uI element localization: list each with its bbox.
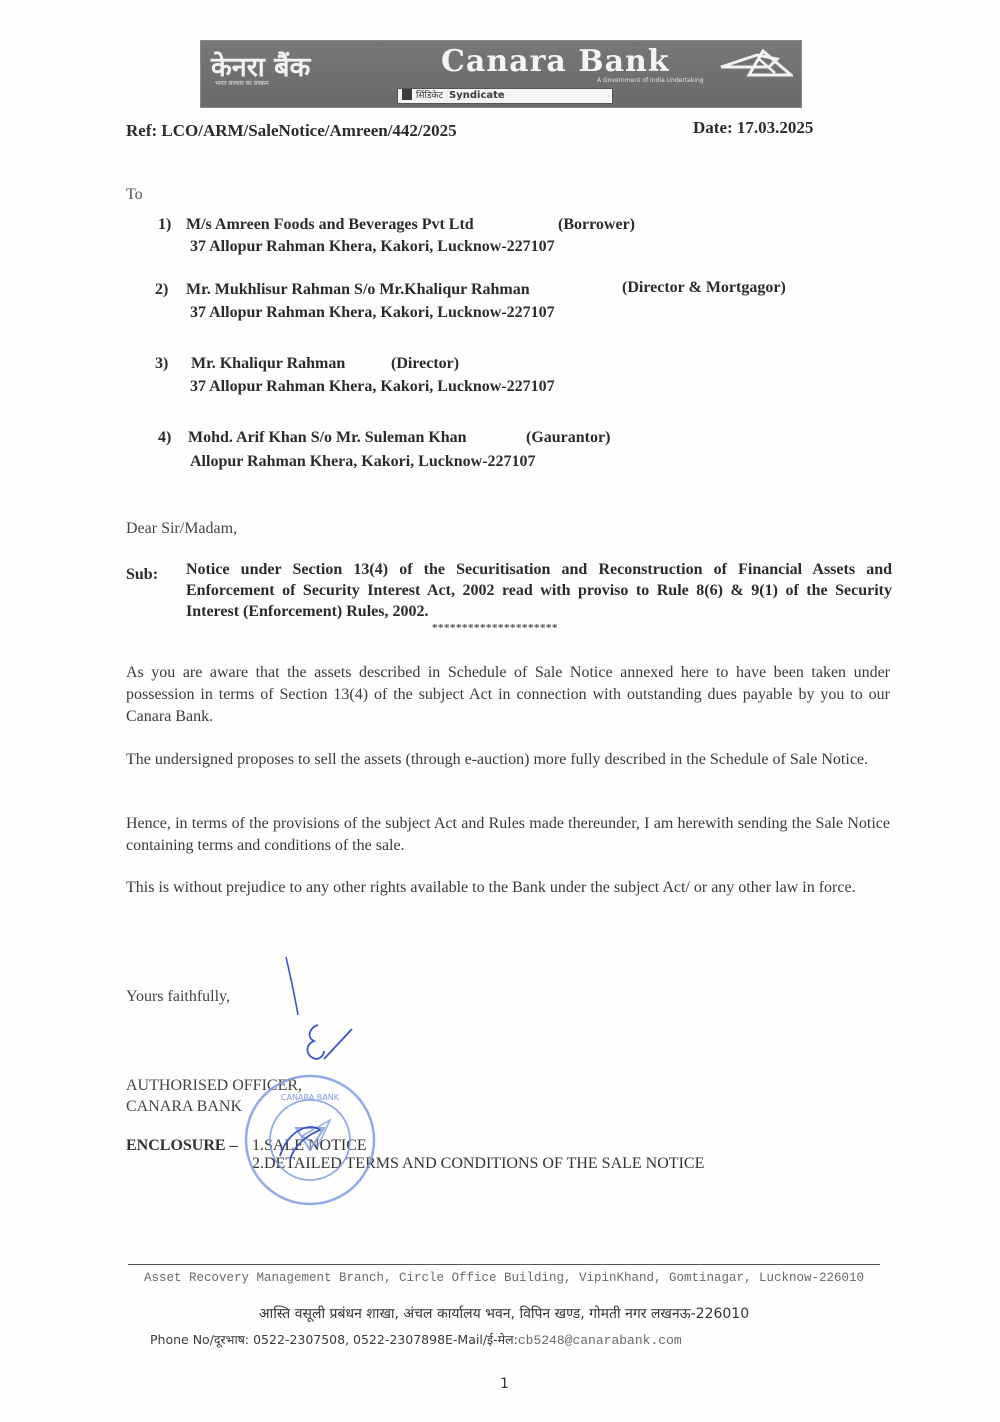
letter-date: Date: 17.03.2025 [693,118,813,138]
reference-number: Ref: LCO/ARM/SaleNotice/Amreen/442/2025 [126,121,457,141]
recipient-address: 37 Allopur Rahman Khera, Kakori, Lucknow… [190,236,555,258]
enclosure-item: 2.DETAILED TERMS AND CONDITIONS OF THE S… [252,1155,704,1173]
footer-divider [128,1264,880,1265]
recipient-address: Allopur Rahman Khera, Kakori, Lucknow-22… [190,451,536,473]
to-label: To [126,186,143,204]
recipient-number: 1) [158,214,171,236]
syndicate-name-hindi: सिंडिकेट [416,91,443,101]
body-paragraph: Hence, in terms of the provisions of the… [126,813,890,857]
syndicate-name-english: Syndicate [449,90,505,101]
syndicate-logo-icon [402,89,412,100]
syndicate-merger-badge: सिंडिकेटSyndicate [397,88,613,104]
body-paragraph: As you are aware that the assets describ… [126,662,890,728]
subject-separator: ********************* [432,622,558,634]
signatory-title: AUTHORISED OFFICER, [126,1075,302,1096]
recipient-number: 2) [155,279,168,301]
bank-name-english: Canara Bank [441,44,670,79]
canara-bank-logo-icon [719,49,793,79]
recipient-number: 3) [155,353,168,375]
recipient-address: 37 Allopur Rahman Khera, Kakori, Lucknow… [190,376,555,398]
recipient-name: Mohd. Arif Khan S/o Mr. Suleman Khan [188,427,467,449]
salutation: Dear Sir/Madam, [126,520,237,538]
signatory-organization: CANARA BANK [126,1096,302,1117]
body-paragraph: The undersigned proposes to sell the ass… [126,749,890,771]
footer-phone: Phone No/दूरभाष: 0522-2307508, 0522-2307… [150,1332,518,1347]
body-paragraph: This is without prejudice to any other r… [126,877,890,899]
signatory-block: AUTHORISED OFFICER, CANARA BANK [126,1075,302,1117]
recipient-role: (Gaurantor) [526,427,610,449]
enclosure-item: 1.SALE NOTICE [252,1137,367,1155]
recipient-role: (Director & Mortgagor) [622,277,786,299]
recipient-role: (Borrower) [558,214,635,236]
bank-tagline-english: A Government of India Undertaking [597,77,704,84]
recipient-name: Mr. Khaliqur Rahman [191,353,345,375]
footer-address-hindi: आस्ति वसूली प्रबंधन शाखा, अंचल कार्यालय … [128,1304,880,1323]
bank-tagline-hindi: भारत सरकार का उपक्रम [215,79,269,87]
recipient-number: 4) [158,427,171,449]
subject-text: Notice under Section 13(4) of the Securi… [186,559,892,622]
footer-address-english: Asset Recovery Management Branch, Circle… [128,1271,880,1286]
footer-email-link[interactable]: cb5248@canarabank.com [518,1333,682,1348]
letter-page: केनरा बैंक भारत सरकार का उपक्रम Canara B… [0,0,1000,1422]
subject-label: Sub: [126,566,158,584]
recipient-address: 37 Allopur Rahman Khera, Kakori, Lucknow… [190,302,555,324]
bank-letterhead-banner: केनरा बैंक भारत सरकार का उपक्रम Canara B… [200,40,802,108]
recipient-name: M/s Amreen Foods and Beverages Pvt Ltd [186,214,474,236]
page-number: 1 [500,1376,509,1392]
footer-contact: Phone No/दूरभाष: 0522-2307508, 0522-2307… [150,1331,682,1348]
recipient-role: (Director) [391,353,459,375]
recipient-name: Mr. Mukhlisur Rahman S/o Mr.Khaliqur Rah… [186,279,530,301]
closing-line: Yours faithfully, [126,988,230,1006]
enclosure-label: ENCLOSURE – [126,1137,238,1155]
